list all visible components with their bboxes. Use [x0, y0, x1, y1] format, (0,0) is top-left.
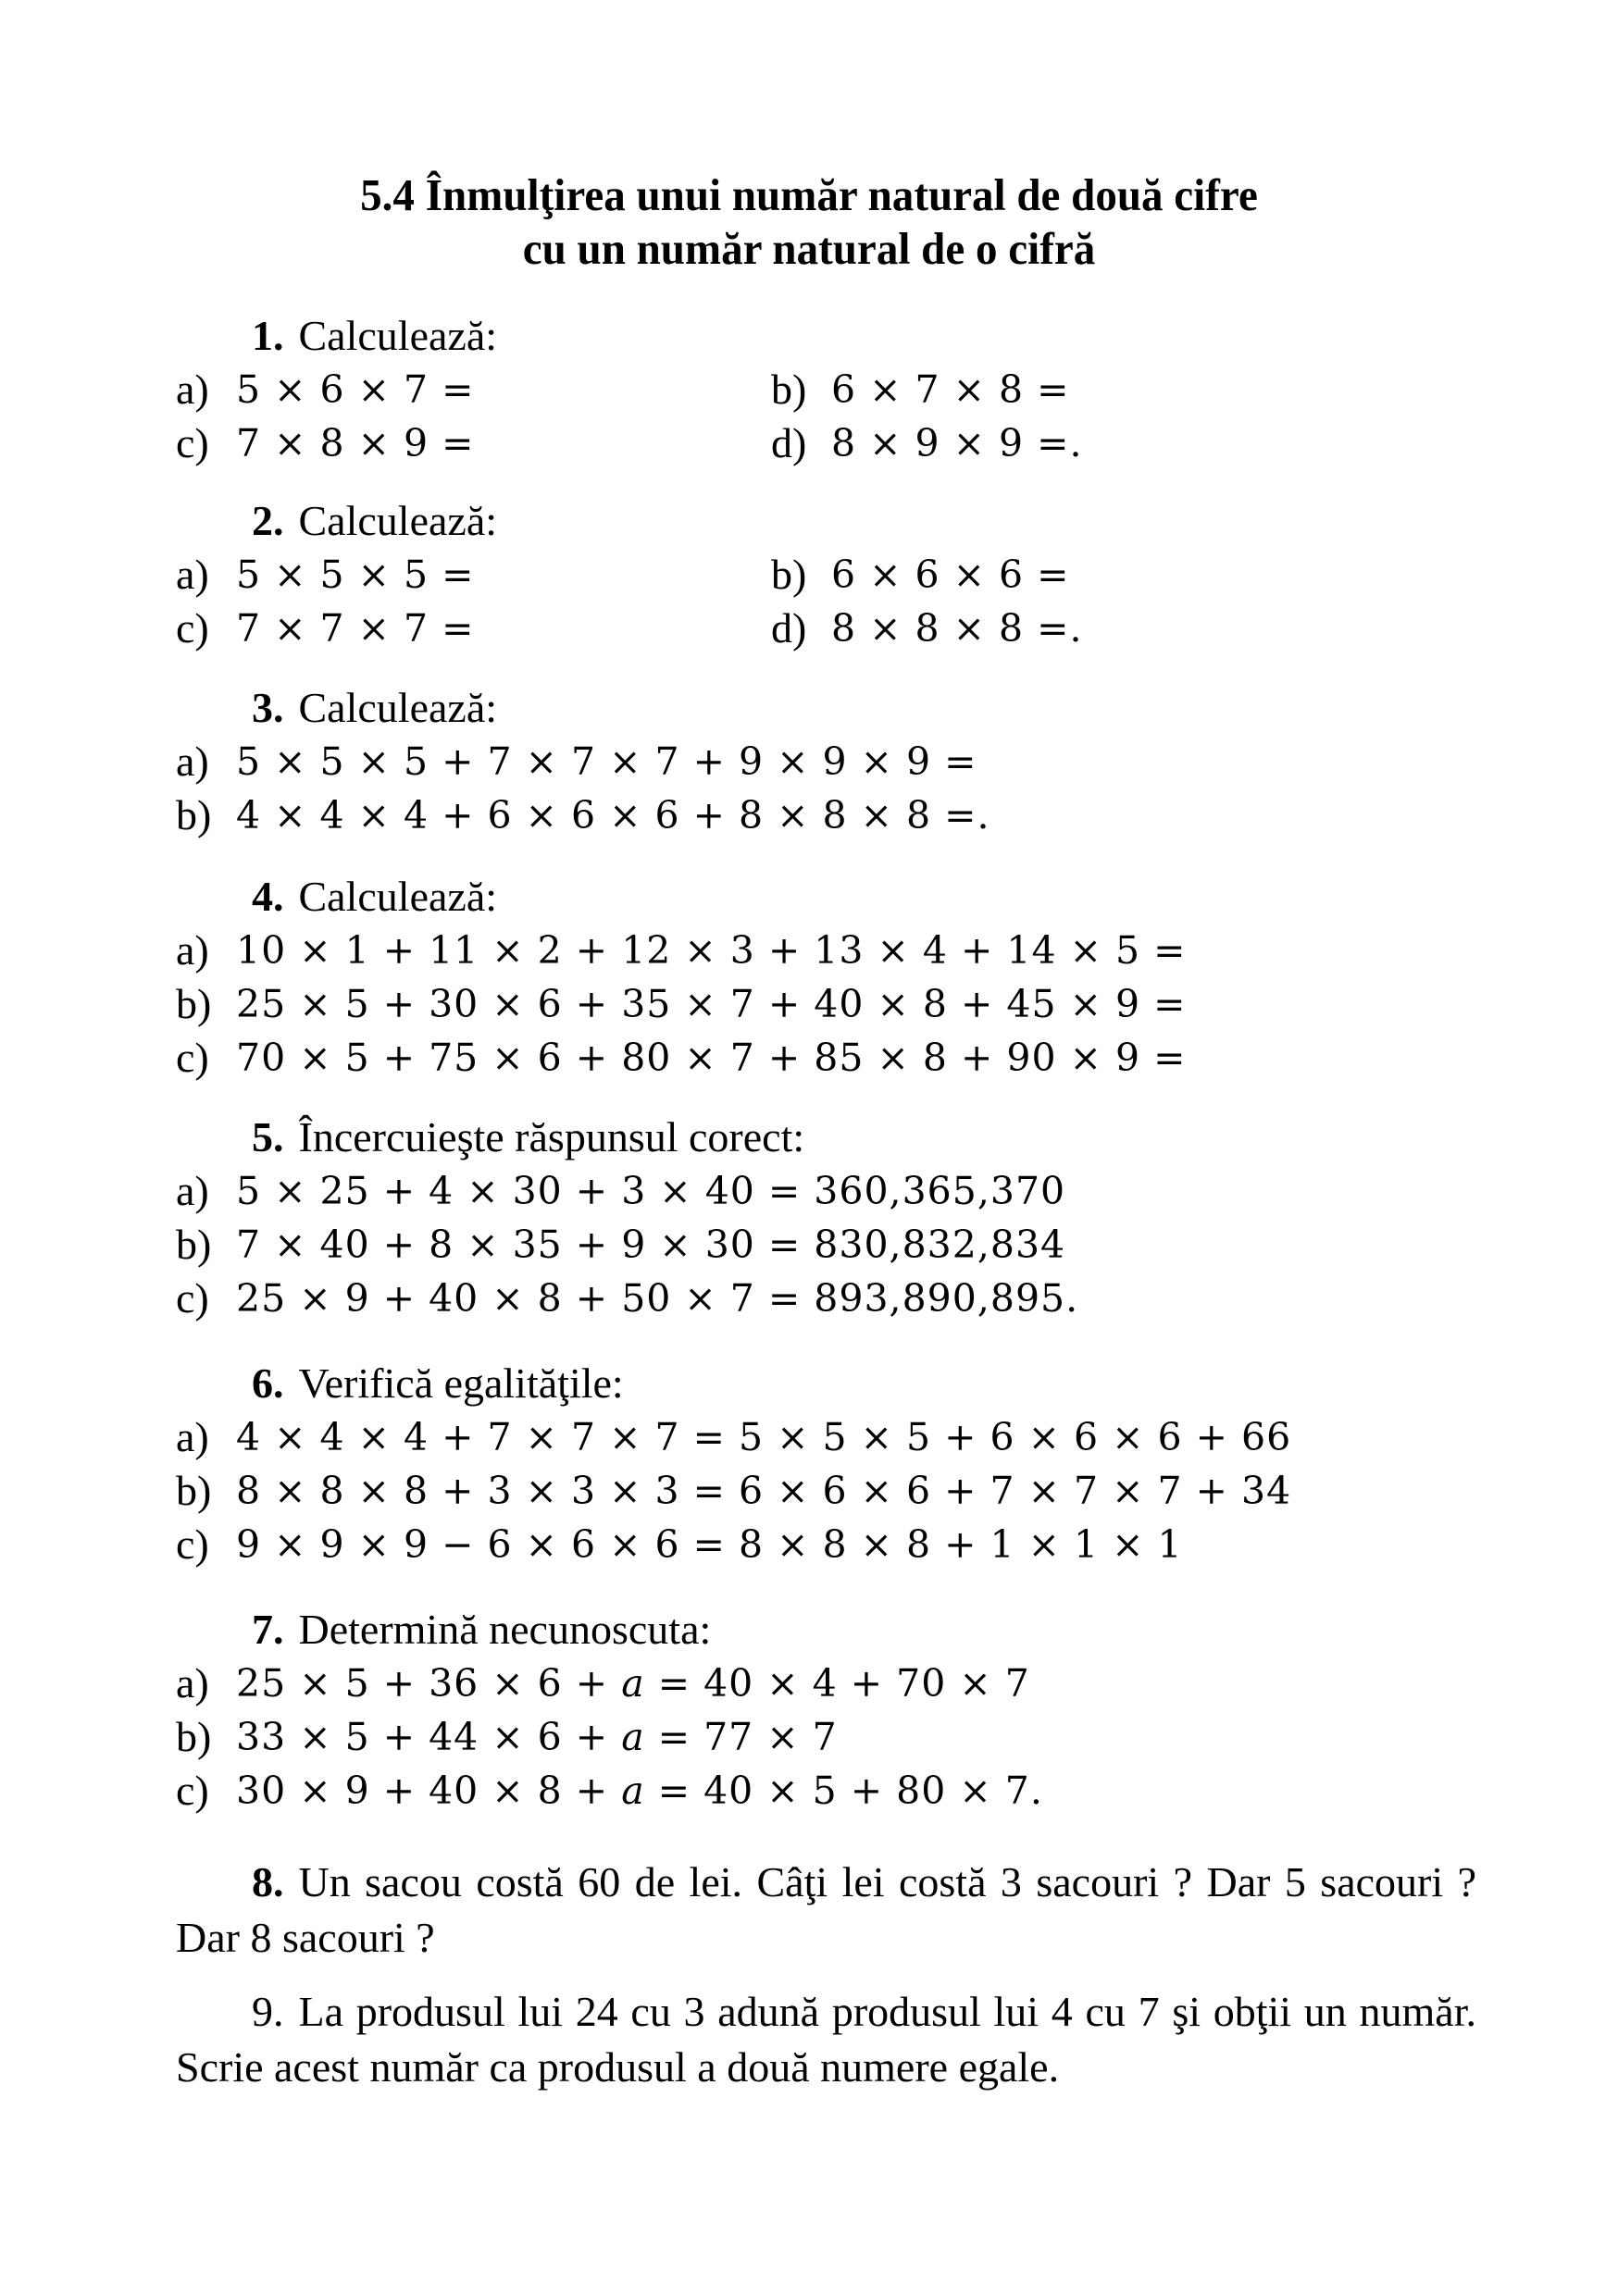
item-expression: 33 × 5 + 44 × 6 + a = 77 × 7 [236, 1710, 838, 1764]
exercise-item: d)8 × 9 × 9 =. [771, 416, 1083, 470]
exercise-heading: 7.Determină necunoscuta: [176, 1603, 1490, 1657]
exercise-item: a)5 × 5 × 5 = [176, 548, 474, 602]
exercise-item: c)30 × 9 + 40 × 8 + a = 40 × 5 + 80 × 7. [176, 1764, 1043, 1818]
item-expression: 5 × 25 + 4 × 30 + 3 × 40 = 360,365,370 [236, 1164, 1065, 1218]
exercise-item: b)7 × 40 + 8 × 35 + 9 × 30 = 830,832,834 [176, 1218, 1065, 1272]
exercise-instruction: Calculează: [299, 312, 498, 359]
item-expression: 5 × 5 × 5 = [236, 548, 474, 602]
item-label: d) [771, 416, 831, 470]
item-label: a) [176, 1164, 236, 1218]
expr-right: = 77 × 7 [645, 1715, 838, 1759]
problem-text: Un sacou costă 60 de lei. Câţi lei costă… [176, 1858, 1476, 1961]
exercise-3: 3.Calculează: a)5 × 5 × 5 + 7 × 7 × 7 + … [176, 681, 1490, 842]
exercise-instruction: Calculează: [299, 873, 498, 920]
exercise-item: c)9 × 9 × 9 − 6 × 6 × 6 = 8 × 8 × 8 + 1 … [176, 1518, 1183, 1571]
exercise-item: a)5 × 25 + 4 × 30 + 3 × 40 = 360,365,370 [176, 1164, 1065, 1218]
item-expression: 5 × 6 × 7 = [236, 363, 474, 416]
item-label: b) [176, 1218, 236, 1272]
item-label: b) [176, 977, 236, 1031]
exercise-instruction: Încercuieşte răspunsul corect: [299, 1113, 805, 1160]
exercise-item: a)5 × 6 × 7 = [176, 363, 474, 416]
item-expression: 6 × 7 × 8 = [831, 363, 1069, 416]
item-expression: 7 × 40 + 8 × 35 + 9 × 30 = 830,832,834 [236, 1218, 1065, 1272]
exercise-number: 6. [252, 1359, 284, 1407]
item-label: a) [176, 1657, 236, 1710]
exercise-item: b)8 × 8 × 8 + 3 × 3 × 3 = 6 × 6 × 6 + 7 … [176, 1464, 1291, 1518]
item-label: c) [176, 1518, 236, 1571]
item-label: b) [771, 363, 831, 416]
exercise-number: 3. [252, 684, 284, 731]
item-label: c) [176, 416, 236, 470]
expr-right: = 40 × 5 + 80 × 7. [645, 1769, 1043, 1813]
exercise-heading: 4.Calculează: [176, 870, 1490, 924]
exercise-4: 4.Calculează: a)10 × 1 + 11 × 2 + 12 × 3… [176, 870, 1490, 1085]
item-label: c) [176, 1272, 236, 1325]
exercise-heading: 2.Calculează: [176, 494, 1490, 548]
item-label: b) [176, 1464, 236, 1518]
title-line-2: cu un număr natural de o cifră [32, 222, 1586, 276]
item-label: c) [176, 1031, 236, 1085]
exercise-item: b)6 × 7 × 8 = [771, 363, 1069, 416]
item-expression: 8 × 9 × 9 =. [831, 416, 1083, 470]
item-label: a) [176, 924, 236, 977]
exercise-item: a)4 × 4 × 4 + 7 × 7 × 7 = 5 × 5 × 5 + 6 … [176, 1410, 1291, 1464]
exercise-item: b)6 × 6 × 6 = [771, 548, 1069, 602]
expr-left: 30 × 9 + 40 × 8 + [236, 1769, 621, 1813]
exercise-1: 1.Calculează: a)5 × 6 × 7 = b)6 × 7 × 8 … [176, 309, 1490, 470]
item-expression: 5 × 5 × 5 + 7 × 7 × 7 + 9 × 9 × 9 = [236, 735, 977, 788]
item-expression: 8 × 8 × 8 =. [831, 602, 1083, 655]
item-label: a) [176, 363, 236, 416]
exercise-item: c)7 × 8 × 9 = [176, 416, 474, 470]
item-label: a) [176, 548, 236, 602]
exercise-number: 1. [252, 312, 284, 359]
exercise-number: 4. [252, 873, 284, 920]
problem-9: 9.La produsul lui 24 cu 3 adună produsul… [176, 1984, 1476, 2095]
item-expression: 7 × 7 × 7 = [236, 602, 474, 655]
expr-left: 33 × 5 + 44 × 6 + [236, 1715, 621, 1759]
problem-text: La produsul lui 24 cu 3 adună produsul l… [176, 1988, 1476, 2091]
exercise-6: 6.Verifică egalităţile: a)4 × 4 × 4 + 7 … [176, 1357, 1490, 1571]
exercise-item: c)70 × 5 + 75 × 6 + 80 × 7 + 85 × 8 + 90… [176, 1031, 1186, 1085]
exercise-instruction: Determină necunoscuta: [299, 1606, 712, 1653]
item-expression: 30 × 9 + 40 × 8 + a = 40 × 5 + 80 × 7. [236, 1764, 1043, 1818]
exercise-heading: 6.Verifică egalităţile: [176, 1357, 1490, 1410]
exercise-heading: 3.Calculează: [176, 681, 1490, 735]
exercise-heading: 5.Încercuieşte răspunsul corect: [176, 1111, 1490, 1164]
expr-left: 25 × 5 + 36 × 6 + [236, 1661, 621, 1706]
exercise-instruction: Verifică egalităţile: [299, 1359, 624, 1407]
item-expression: 7 × 8 × 9 = [236, 416, 474, 470]
exercise-5: 5.Încercuieşte răspunsul corect: a)5 × 2… [176, 1111, 1490, 1325]
exercise-item: a)10 × 1 + 11 × 2 + 12 × 3 + 13 × 4 + 14… [176, 924, 1186, 977]
item-label: b) [771, 548, 831, 602]
exercise-item: b)33 × 5 + 44 × 6 + a = 77 × 7 [176, 1710, 838, 1764]
exercise-instruction: Calculează: [299, 684, 498, 731]
exercise-number: 5. [252, 1113, 284, 1160]
item-label: c) [176, 602, 236, 655]
item-expression: 8 × 8 × 8 + 3 × 3 × 3 = 6 × 6 × 6 + 7 × … [236, 1464, 1291, 1518]
item-label: a) [176, 1410, 236, 1464]
exercise-number: 2. [252, 497, 284, 544]
item-expression: 25 × 5 + 36 × 6 + a = 40 × 4 + 70 × 7 [236, 1657, 1030, 1710]
item-label: b) [176, 1710, 236, 1764]
problem-number: 9. [252, 1988, 284, 2035]
exercise-item: b)4 × 4 × 4 + 6 × 6 × 6 + 8 × 8 × 8 =. [176, 788, 990, 842]
page-title: 5.4 Înmulţirea unui număr natural de dou… [32, 168, 1586, 276]
unknown-variable: a [621, 1715, 644, 1759]
problem-number: 8. [252, 1858, 284, 1905]
item-expression: 9 × 9 × 9 − 6 × 6 × 6 = 8 × 8 × 8 + 1 × … [236, 1518, 1183, 1571]
exercise-heading: 1.Calculează: [176, 309, 1490, 363]
exercise-instruction: Calculează: [299, 497, 498, 544]
exercise-item: d)8 × 8 × 8 =. [771, 602, 1083, 655]
exercise-number: 7. [252, 1606, 284, 1653]
item-expression: 25 × 9 + 40 × 8 + 50 × 7 = 893,890,895. [236, 1272, 1078, 1325]
item-label: d) [771, 602, 831, 655]
exercise-item: c)25 × 9 + 40 × 8 + 50 × 7 = 893,890,895… [176, 1272, 1078, 1325]
unknown-variable: a [621, 1661, 644, 1706]
item-label: a) [176, 735, 236, 788]
item-expression: 4 × 4 × 4 + 6 × 6 × 6 + 8 × 8 × 8 =. [236, 788, 990, 842]
expr-right: = 40 × 4 + 70 × 7 [645, 1661, 1030, 1706]
exercise-7: 7.Determină necunoscuta: a)25 × 5 + 36 ×… [176, 1603, 1490, 1818]
problem-8: 8.Un sacou costă 60 de lei. Câţi lei cos… [176, 1855, 1476, 1966]
exercise-2: 2.Calculează: a)5 × 5 × 5 = b)6 × 6 × 6 … [176, 494, 1490, 655]
title-line-1: 5.4 Înmulţirea unui număr natural de dou… [32, 168, 1586, 222]
item-expression: 25 × 5 + 30 × 6 + 35 × 7 + 40 × 8 + 45 ×… [236, 977, 1186, 1031]
item-expression: 6 × 6 × 6 = [831, 548, 1069, 602]
item-expression: 4 × 4 × 4 + 7 × 7 × 7 = 5 × 5 × 5 + 6 × … [236, 1410, 1291, 1464]
exercise-item: c)7 × 7 × 7 = [176, 602, 474, 655]
unknown-variable: a [621, 1769, 644, 1813]
item-label: b) [176, 788, 236, 842]
item-expression: 10 × 1 + 11 × 2 + 12 × 3 + 13 × 4 + 14 ×… [236, 924, 1186, 977]
exercise-item: a)25 × 5 + 36 × 6 + a = 40 × 4 + 70 × 7 [176, 1657, 1030, 1710]
item-expression: 70 × 5 + 75 × 6 + 80 × 7 + 85 × 8 + 90 ×… [236, 1031, 1186, 1085]
item-label: c) [176, 1764, 236, 1818]
exercise-item: a)5 × 5 × 5 + 7 × 7 × 7 + 9 × 9 × 9 = [176, 735, 977, 788]
exercise-item: b)25 × 5 + 30 × 6 + 35 × 7 + 40 × 8 + 45… [176, 977, 1186, 1031]
